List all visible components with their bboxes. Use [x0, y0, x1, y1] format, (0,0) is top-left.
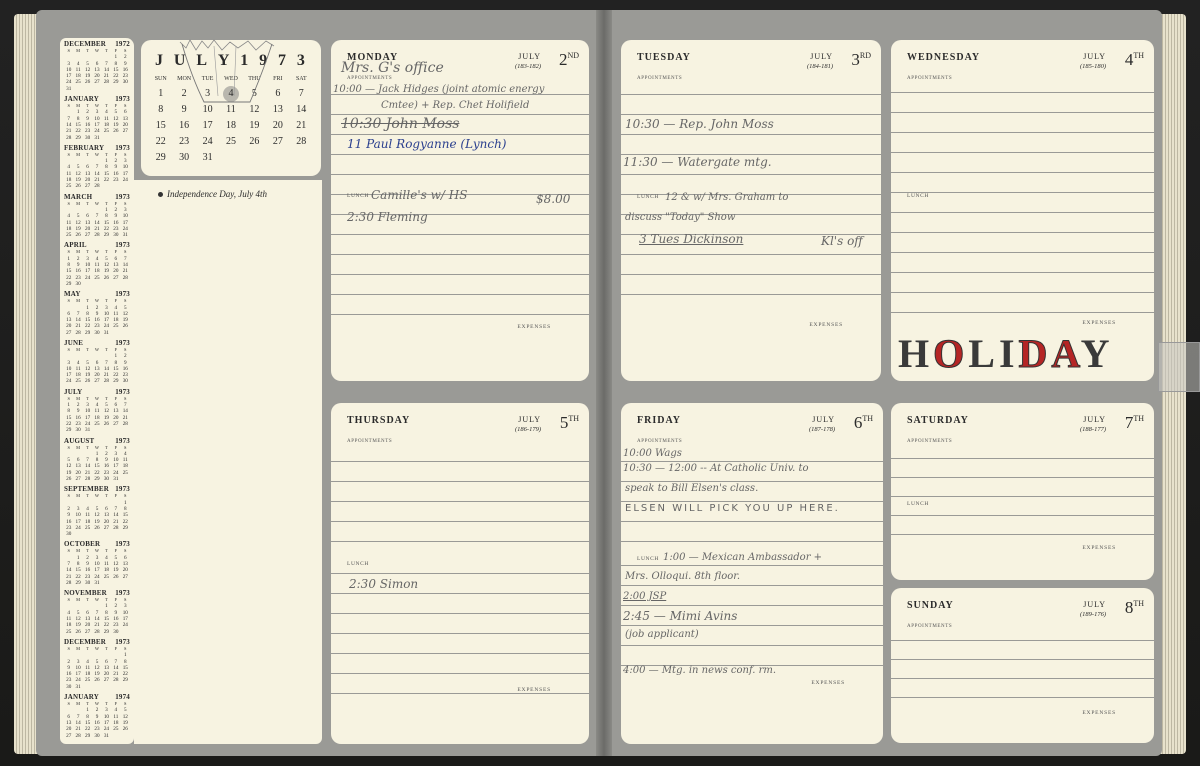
- mini-calendar: JANUARY1973SMTWTFS1234567891011121314151…: [64, 95, 130, 141]
- day-name: SATURDAY: [907, 415, 969, 426]
- mini-calendar: MAY1973SMTWTFS12345678910111213141516171…: [64, 290, 130, 336]
- mini-calendar: JUNE1973SMTWTFS1234567891011121314151617…: [64, 339, 130, 385]
- calendar-day[interactable]: 15: [149, 118, 172, 134]
- calendar-day[interactable]: 9: [172, 102, 195, 118]
- day-card-thursday[interactable]: THURSDAY JULY(186-179) 5TH APPOINTMENTS …: [331, 403, 589, 744]
- notes-column: [134, 180, 322, 744]
- mini-calendar: DECEMBER1973SMTWTFS123456789101112131415…: [64, 638, 130, 690]
- day-month: JULY(186-179): [515, 415, 541, 435]
- expenses-label: EXPENSES: [1082, 320, 1116, 326]
- mini-calendar: NOVEMBER1973SMTWTFS123456789101112131415…: [64, 589, 130, 635]
- expenses-label: EXPENSES: [809, 322, 843, 328]
- handwritten-entry: speak to Bill Elsen's class.: [625, 483, 758, 494]
- lunch-label: LUNCH: [637, 556, 659, 562]
- calendar-day[interactable]: 11: [219, 102, 242, 118]
- expenses-label: EXPENSES: [517, 324, 551, 330]
- mini-calendar: JULY1973SMTWTFS1234567891011121314151617…: [64, 388, 130, 434]
- expenses-label: EXPENSES: [811, 680, 845, 686]
- calendar-day[interactable]: 17: [196, 118, 219, 134]
- calendar-day[interactable]: 25: [219, 134, 242, 150]
- mini-calendar: JANUARY1974SMTWTFS1234567891011121314151…: [64, 693, 130, 739]
- day-card-saturday[interactable]: SATURDAY JULY(188-177) 7TH APPOINTMENTS …: [891, 403, 1154, 580]
- calendar-day[interactable]: 22: [149, 134, 172, 150]
- calendar-day[interactable]: 20: [266, 118, 289, 134]
- calendar-day[interactable]: 14: [290, 102, 313, 118]
- handwritten-entry: (job applicant): [625, 629, 699, 640]
- calendar-day[interactable]: 10: [196, 102, 219, 118]
- handwritten-entry: $8.00: [536, 192, 570, 206]
- page-tab-marker[interactable]: [1158, 342, 1200, 392]
- expenses-label: EXPENSES: [1082, 710, 1116, 716]
- month-calendar-title: JULY1973: [149, 46, 313, 72]
- lunch-label: LUNCH: [347, 561, 369, 567]
- calendar-day[interactable]: 5: [243, 86, 266, 102]
- appointments-label: APPOINTMENTS: [637, 439, 682, 444]
- handwritten-entry: 11:30 — Watergate mtg.: [623, 155, 772, 169]
- day-month: JULY(183-182): [515, 52, 541, 72]
- day-month: JULY(189-176): [1080, 600, 1106, 620]
- day-card-friday[interactable]: FRIDAY JULY(187-178) 6TH APPOINTMENTS LU…: [621, 403, 883, 744]
- holiday-note: Independence Day, July 4th: [158, 189, 267, 199]
- handwritten-entry: Mrs. Olloqui. 8th floor.: [625, 571, 740, 582]
- calendar-day[interactable]: 4: [219, 86, 242, 102]
- mini-calendar: DECEMBER1972SMTWTFS123456789101112131415…: [64, 40, 130, 92]
- lunch-label: LUNCH: [907, 193, 929, 199]
- month-calendar-july: JULY1973 SUNMONTUEWEDTHUFRISAT1234567891…: [141, 40, 321, 176]
- calendar-day[interactable]: 30: [172, 150, 195, 166]
- calendar-day[interactable]: 2: [172, 86, 195, 102]
- day-card-monday[interactable]: MONDAY JULY(183-182) 2ND APPOINTMENTS LU…: [331, 40, 589, 381]
- calendar-day[interactable]: 28: [290, 134, 313, 150]
- appointments-label: APPOINTMENTS: [907, 76, 952, 81]
- expenses-label: EXPENSES: [1082, 545, 1116, 551]
- calendar-day[interactable]: 29: [149, 150, 172, 166]
- handwritten-entry: 2:30 Fleming: [347, 210, 428, 224]
- calendar-day[interactable]: 12: [243, 102, 266, 118]
- day-number: 6TH: [854, 413, 873, 433]
- handwritten-entry: 10:30 — Rep. John Moss: [625, 117, 774, 131]
- appointments-label: APPOINTMENTS: [637, 76, 682, 81]
- day-name: SUNDAY: [907, 600, 954, 611]
- lunch-label: LUNCH: [907, 501, 929, 507]
- calendar-day[interactable]: 1: [149, 86, 172, 102]
- mini-calendar: APRIL1973SMTWTFS123456789101112131415161…: [64, 241, 130, 287]
- handwritten-entry: 2:45 — Mimi Avins: [623, 609, 737, 623]
- day-card-tuesday[interactable]: TUESDAY JULY(184-181) 3RD APPOINTMENTS L…: [621, 40, 881, 381]
- handwritten-entry: Cmtee) + Rep. Chet Holifield: [381, 100, 529, 111]
- day-number: 2ND: [559, 50, 579, 70]
- appointments-label: APPOINTMENTS: [907, 439, 952, 444]
- handwritten-entry: 10:30 John Moss: [341, 116, 459, 132]
- day-name: THURSDAY: [347, 415, 410, 426]
- calendar-day[interactable]: 3: [196, 86, 219, 102]
- day-name: WEDNESDAY: [907, 52, 980, 63]
- calendar-day[interactable]: 13: [266, 102, 289, 118]
- appointments-label: APPOINTMENTS: [347, 439, 392, 444]
- handwritten-entry: 3 Tues Dickinson: [639, 232, 743, 246]
- handwritten-entry: 12 & w/ Mrs. Graham to: [665, 192, 788, 203]
- calendar-day[interactable]: 19: [243, 118, 266, 134]
- lunch-label: LUNCH: [347, 193, 369, 199]
- expenses-label: EXPENSES: [517, 687, 551, 693]
- day-month: JULY(185-180): [1080, 52, 1106, 72]
- handwritten-entry: ELSEN WILL PICK YOU UP HERE.: [625, 503, 840, 514]
- handwritten-entry: 10:00 — Jack Hidges (joint atomic energy: [333, 84, 544, 95]
- calendar-day[interactable]: 21: [290, 118, 313, 134]
- day-month: JULY(187-178): [809, 415, 835, 435]
- handwritten-entry: 11 Paul Rogyanne (Lynch): [347, 137, 506, 151]
- handwritten-entry: Camille's w/ HS: [371, 188, 467, 202]
- handwritten-entry: 2:00 JSP: [623, 591, 666, 602]
- day-month: JULY(184-181): [807, 52, 833, 72]
- calendar-day[interactable]: 23: [172, 134, 195, 150]
- day-number: 7TH: [1125, 413, 1144, 433]
- book-gutter: [596, 10, 612, 756]
- mini-calendar: MARCH1973SMTWTFS123456789101112131415161…: [64, 193, 130, 239]
- mini-calendar: FEBRUARY1973SMTWTFS123456789101112131415…: [64, 144, 130, 190]
- handwritten-entry: 10:00 Wags: [623, 448, 682, 459]
- appointments-label: APPOINTMENTS: [347, 76, 392, 81]
- day-number: 8TH: [1125, 598, 1144, 618]
- mini-calendar: OCTOBER1973SMTWTFS1234567891011121314151…: [64, 540, 130, 586]
- calendar-day[interactable]: 18: [219, 118, 242, 134]
- handwritten-entry: 4:00 — Mtg. in news conf. rm.: [623, 665, 776, 676]
- calendar-day[interactable]: 8: [149, 102, 172, 118]
- handwritten-entry: discuss "Today" Show: [625, 212, 735, 223]
- calendar-day[interactable]: 26: [243, 134, 266, 150]
- month-calendar-grid: SUNMONTUEWEDTHUFRISAT1234567891011121314…: [149, 72, 313, 166]
- calendar-day[interactable]: 27: [266, 134, 289, 150]
- holiday-stamp: HOLIDAY: [898, 332, 1114, 376]
- calendar-day[interactable]: 7: [290, 86, 313, 102]
- handwritten-entry: Mrs. G's office: [341, 60, 444, 76]
- planner-spread: DECEMBER1972SMTWTFS123456789101112131415…: [0, 0, 1200, 766]
- day-number: 3RD: [851, 50, 871, 70]
- day-month: JULY(188-177): [1080, 415, 1106, 435]
- day-number: 5TH: [560, 413, 579, 433]
- calendar-day[interactable]: 24: [196, 134, 219, 150]
- year-mini-calendars: DECEMBER1972SMTWTFS123456789101112131415…: [60, 38, 134, 744]
- calendar-day[interactable]: 16: [172, 118, 195, 134]
- handwritten-entry: 10:30 — 12:00 -- At Catholic Univ. to: [623, 463, 809, 474]
- appointments-label: APPOINTMENTS: [907, 624, 952, 629]
- day-name: FRIDAY: [637, 415, 681, 426]
- calendar-day[interactable]: 31: [196, 150, 219, 166]
- lunch-label: LUNCH: [637, 194, 659, 200]
- mini-calendar: SEPTEMBER1973SMTWTFS12345678910111213141…: [64, 485, 130, 537]
- handwritten-entry: Kl's off: [821, 234, 863, 248]
- day-number: 4TH: [1125, 50, 1144, 70]
- handwritten-entry: 2:30 Simon: [349, 577, 418, 591]
- day-card-wednesday[interactable]: WEDNESDAY JULY(185-180) 4TH APPOINTMENTS…: [891, 40, 1154, 381]
- mini-calendar: AUGUST1973SMTWTFS12345678910111213141516…: [64, 437, 130, 483]
- holiday-note-text: Independence Day, July 4th: [167, 189, 267, 199]
- bullet-icon: [158, 192, 163, 197]
- day-name: TUESDAY: [637, 52, 691, 63]
- day-card-sunday[interactable]: SUNDAY JULY(189-176) 8TH APPOINTMENTS EX…: [891, 588, 1154, 743]
- calendar-day[interactable]: 6: [266, 86, 289, 102]
- handwritten-entry: 1:00 — Mexican Ambassador +: [663, 552, 822, 563]
